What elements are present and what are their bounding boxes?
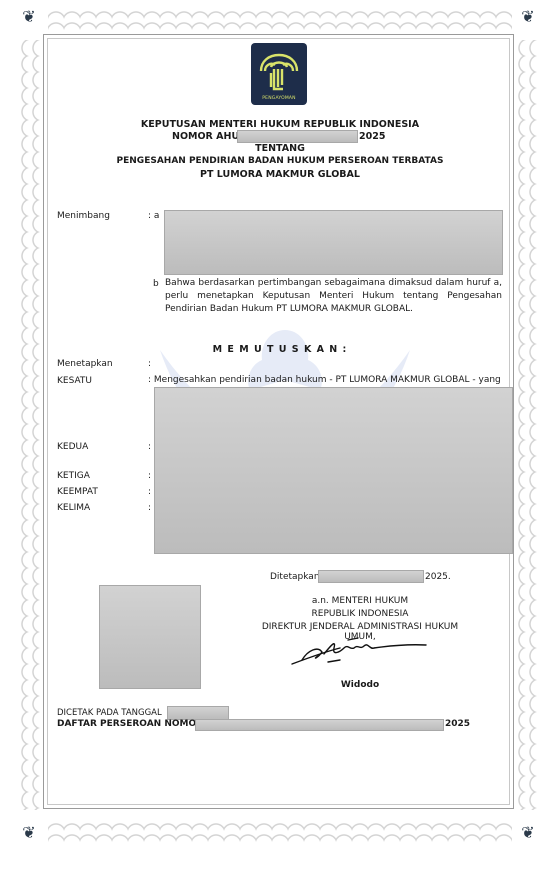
corner-ornament-icon: ❦ — [20, 8, 38, 26]
redacted-ditetapkan-date — [318, 570, 424, 583]
signatory-line-2: REPUBLIK INDONESIA — [250, 609, 470, 619]
company-name: PT LUMORA MAKMUR GLOBAL — [60, 169, 500, 180]
kedua-colon: : — [148, 442, 151, 452]
register-number-label: DAFTAR PERSEROAN NOMOR — [57, 719, 203, 729]
redacted-photo — [99, 585, 201, 689]
border-bottom — [48, 822, 512, 844]
signatory-name: Widodo — [330, 680, 390, 690]
menetapkan-label: Menetapkan — [57, 359, 113, 369]
border-top — [48, 10, 512, 32]
document-subject: PENGESAHAN PENDIRIAN BADAN HUKUM PERSERO… — [60, 156, 500, 166]
printed-date-label: DICETAK PADA TANGGAL — [57, 708, 162, 718]
document-about: TENTANG — [60, 143, 500, 154]
kelima-colon: : — [148, 503, 151, 513]
ketiga-label: KETIGA — [57, 471, 90, 481]
kelima-label: KELIMA — [57, 503, 90, 513]
kesatu-text: : Mengesahkan pendirian badan hukum - PT… — [148, 374, 504, 387]
memutuskan-heading: M E M U T U S K A N : — [60, 344, 500, 355]
redacted-printed-date — [167, 706, 229, 720]
keempat-colon: : — [148, 487, 151, 497]
redacted-decision-body — [154, 387, 513, 554]
register-number-year: 2025 — [445, 719, 470, 729]
signatory-line-1: a.n. MENTERI HUKUM — [250, 596, 470, 606]
keempat-label: KEEMPAT — [57, 487, 98, 497]
document-title: KEPUTUSAN MENTERI HUKUM REPUBLIK INDONES… — [60, 119, 500, 130]
menimbang-item-b-marker: b — [153, 279, 159, 289]
ministry-logo: PENGAYOMAN — [251, 43, 307, 105]
corner-ornament-icon: ❦ — [20, 824, 38, 842]
ditetapkan-year: 2025. — [425, 572, 451, 582]
border-right — [517, 40, 539, 810]
corner-ornament-icon: ❦ — [519, 8, 537, 26]
menimbang-item-a-marker: : a — [148, 211, 159, 221]
menimbang-item-b-text: Bahwa berdasarkan pertimbangan sebagaima… — [165, 277, 502, 316]
corner-ornament-icon: ❦ — [519, 824, 537, 842]
document-number-prefix: NOMOR AHU- — [172, 131, 243, 142]
document-number-year: 2025 — [359, 131, 385, 142]
kesatu-label: KESATU — [57, 376, 92, 386]
logo-caption: PENGAYOMAN — [251, 96, 307, 101]
signature-icon — [288, 636, 433, 670]
border-left — [20, 40, 42, 810]
ketiga-colon: : — [148, 471, 151, 481]
redacted-document-number — [237, 130, 358, 143]
menimbang-label: Menimbang — [57, 211, 110, 221]
ditetapkan-label: Ditetapkan — [270, 572, 320, 582]
redacted-register-number — [195, 719, 444, 731]
redacted-menimbang-a — [164, 210, 503, 275]
kedua-label: KEDUA — [57, 442, 88, 452]
menetapkan-colon: : — [148, 359, 151, 369]
